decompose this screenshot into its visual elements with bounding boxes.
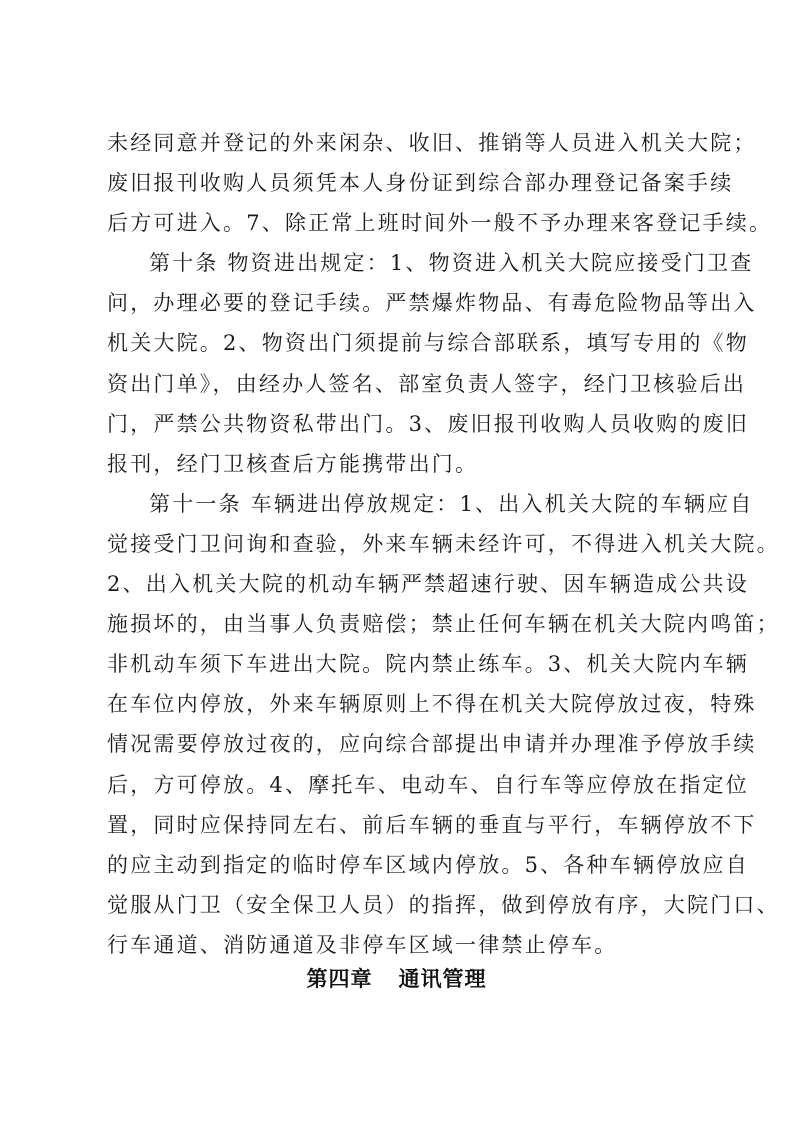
text-line: 非机动车须下车进出大院。院内禁止练车。3、机关大院内车辆 xyxy=(107,644,695,684)
text-line: 废旧报刊收购人员须凭本人身份证到综合部办理登记备案手续 xyxy=(107,163,695,203)
text-line: 情况需要停放过夜的，应向综合部提出申请并办理准予停放手续 xyxy=(107,724,695,764)
chapter-number: 第四章 xyxy=(307,967,373,991)
chapter-heading: 第四章通讯管理 xyxy=(0,959,793,999)
text-line: 报刊，经门卫核查后方能携带出门。 xyxy=(107,444,695,484)
text-line: 问，办理必要的登记手续。严禁爆炸物品、有毒危险物品等出入 xyxy=(107,283,695,323)
text-line: 置，同时应保持同左右、前后车辆的垂直与平行，车辆停放不下 xyxy=(107,805,695,845)
text-line: 后方可进入。7、除正常上班时间外一般不予办理来客登记手续。 xyxy=(107,203,695,243)
text-line: 的应主动到指定的临时停车区域内停放。5、各种车辆停放应自 xyxy=(107,845,695,885)
article-10-first-line: 第十条 物资进出规定：1、物资进入机关大院应接受门卫查 xyxy=(107,243,695,283)
text-line: 施损坏的，由当事人负责赔偿；禁止任何车辆在机关大院内鸣笛； xyxy=(107,604,695,644)
text-line: 资出门单》，由经办人签名、部室负责人签字，经门卫核验后出 xyxy=(107,364,695,404)
text-line: 觉接受门卫问询和查验，外来车辆未经许可，不得进入机关大院。 xyxy=(107,524,695,564)
article-11-first-line: 第十一条 车辆进出停放规定：1、出入机关大院的车辆应自 xyxy=(107,484,695,524)
text-line: 未经同意并登记的外来闲杂、收旧、推销等人员进入机关大院； xyxy=(107,123,695,163)
text-line: 2、出入机关大院的机动车辆严禁超速行驶、因车辆造成公共设 xyxy=(107,564,695,604)
text-line: 门，严禁公共物资私带出门。3、废旧报刊收购人员收购的废旧 xyxy=(107,404,695,444)
text-line: 在车位内停放，外来车辆原则上不得在机关大院停放过夜，特殊 xyxy=(107,684,695,724)
document-body: 未经同意并登记的外来闲杂、收旧、推销等人员进入机关大院； 废旧报刊收购人员须凭本… xyxy=(107,123,695,965)
text-line: 后，方可停放。4、摩托车、电动车、自行车等应停放在指定位 xyxy=(107,765,695,805)
text-line: 机关大院。2、物资出门须提前与综合部联系，填写专用的《物 xyxy=(107,323,695,363)
text-line: 觉服从门卫（安全保卫人员）的指挥，做到停放有序，大院门口、 xyxy=(107,885,695,925)
chapter-title: 通讯管理 xyxy=(399,967,487,991)
